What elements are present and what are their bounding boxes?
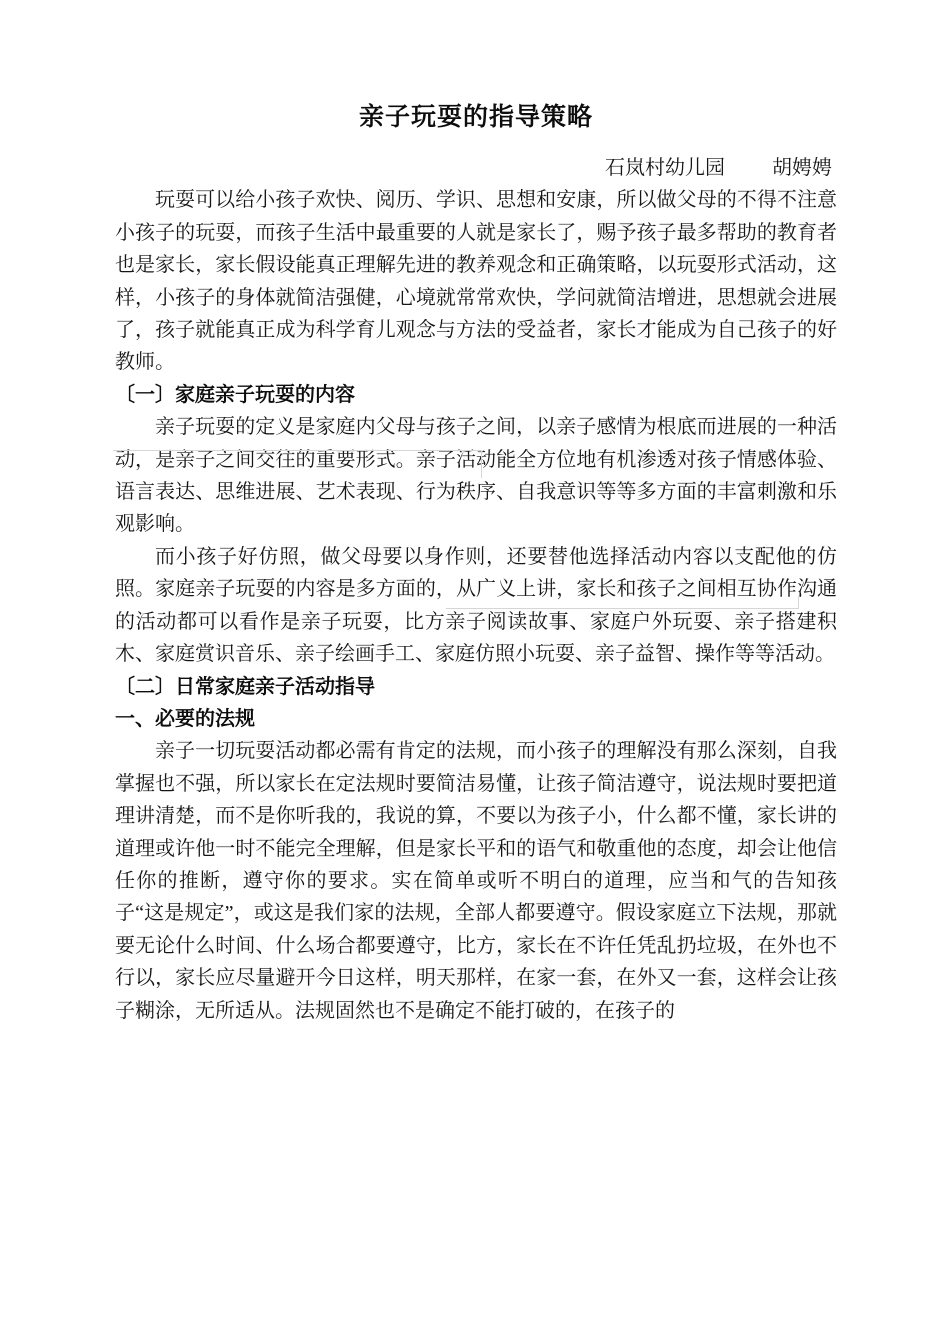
byline: 石岚村幼儿园胡娉娉 xyxy=(115,152,837,184)
stray-horizontal-line-2 xyxy=(446,608,799,609)
stray-horizontal-line-1 xyxy=(113,450,482,451)
byline-organization: 石岚村幼儿园 xyxy=(605,157,725,179)
section-1-paragraph-2: 而小孩子好仿照，做父母要以身作则，还要替他选择活动内容以支配他的仿照。家庭亲子玩… xyxy=(115,541,837,671)
document-page: 亲子玩耍的指导策略 石岚村幼儿园胡娉娉 玩耍可以给小孩子欢快、阅历、学识、思想和… xyxy=(0,0,950,1344)
byline-author: 胡娉娉 xyxy=(772,157,832,179)
intro-paragraph: 玩耍可以给小孩子欢快、阅历、学识、思想和安康，所以做父母的不得不注意小孩子的玩耍… xyxy=(115,184,837,378)
stray-vertical-tick-2 xyxy=(798,596,799,609)
section-1-paragraph-1: 亲子玩耍的定义是家庭内父母与孩子之间，以亲子感情为根底而进展的一种活动，是亲子之… xyxy=(115,411,837,541)
stray-vertical-tick-1 xyxy=(481,450,482,478)
section-2-paragraph-1: 亲子一切玩耍活动都必需有肯定的法规，而小孩子的理解没有那么深刻，自我掌握也不强，… xyxy=(115,735,837,1027)
section-1-heading: 〔一〕家庭亲子玩耍的内容 xyxy=(115,379,837,411)
document-title: 亲子玩耍的指导策略 xyxy=(115,100,837,136)
section-2-subheading-1: 一、必要的法规 xyxy=(115,703,837,735)
section-2-heading: 〔二〕日常家庭亲子活动指导 xyxy=(115,671,837,703)
